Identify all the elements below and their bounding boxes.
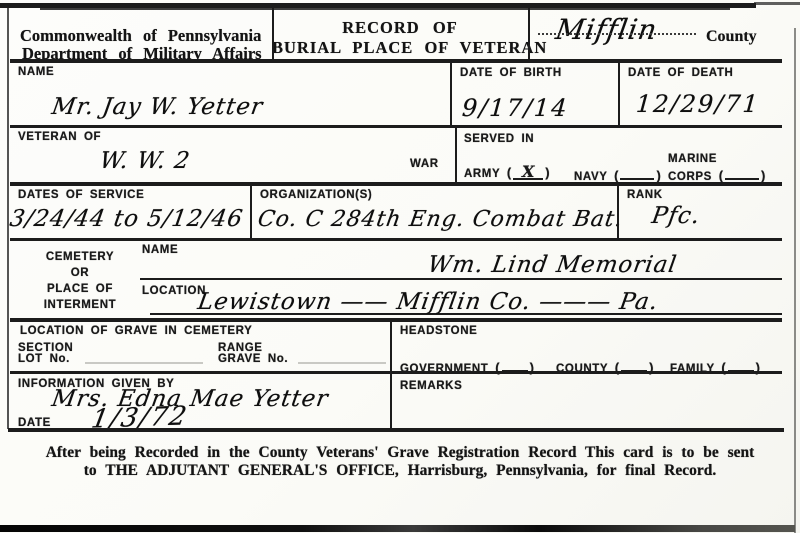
marine-checkbox: CORPS () (668, 165, 765, 183)
org-rank-divider (617, 182, 619, 240)
cemetery-label: CEMETERY OR PLACE OF INTERMENT (25, 249, 135, 313)
cemetery-name-value: Wm. Lind Memorial (426, 252, 679, 278)
dates-of-service-label: DATES OF SERVICE (18, 189, 144, 201)
scan-edge-top-2 (40, 7, 730, 10)
form-title-line2: BURIAL PLACE OF VETERAN (272, 38, 528, 58)
card-left-border (7, 5, 9, 429)
information-given-by-value: Mrs. Edna Mae Yetter (50, 386, 331, 412)
burial-record-card: Commonwealth of Pennsylvania Department … (0, 0, 800, 533)
scan-edge-bottom (0, 525, 795, 532)
footer-instruction-line2: to THE ADJUTANT GENERAL'S OFFICE, Harris… (0, 462, 800, 480)
paren-open: ( (614, 168, 618, 183)
row-line-2 (10, 125, 782, 128)
county-label: County (706, 28, 757, 46)
dob-dod-divider (618, 59, 620, 127)
header-divider-2 (528, 7, 530, 60)
war-label: WAR (410, 158, 439, 170)
marine-check-gap (725, 165, 759, 180)
date-of-death-label: DATE OF DEATH (628, 67, 733, 79)
paren-close: ) (761, 168, 765, 183)
marine-label-line1: MARINE (668, 153, 717, 165)
footer-instruction-line1: After being Recorded in the County Veter… (0, 444, 800, 462)
rank-value: Pfc. (650, 203, 702, 229)
row-line-4 (10, 238, 782, 241)
cemetery-label-line3: PLACE OF (25, 281, 135, 297)
name-value: Mr. Jay W. Yetter (50, 94, 265, 120)
cemetery-location-label: LOCATION (142, 285, 206, 297)
agency-name-line1: Commonwealth of Pennsylvania (20, 26, 261, 46)
headstone-label: HEADSTONE (400, 325, 477, 337)
remarks-label: REMARKS (400, 380, 462, 392)
army-label: ARMY (464, 168, 500, 180)
army-check-mark: X (522, 162, 534, 181)
lot-no-line (85, 362, 203, 364)
county-check-gap (621, 357, 647, 372)
rank-label: RANK (627, 189, 663, 201)
organizations-label: ORGANIZATION(S) (260, 189, 372, 201)
date-of-birth-label: DATE OF BIRTH (460, 67, 562, 79)
row-line-1 (10, 59, 782, 63)
cemetery-location-value: Lewistown —— Mifflin Co. ——— Pa. (196, 289, 660, 315)
organizations-value: Co. C 284th Eng. Combat Bat. (256, 207, 625, 232)
dates-org-divider (250, 182, 252, 240)
paren-close: ) (545, 165, 549, 180)
veteran-served-divider (455, 125, 457, 183)
veteran-of-label: VETERAN OF (18, 131, 101, 143)
grave-location-label: LOCATION OF GRAVE IN CEMETERY (20, 325, 252, 337)
header-divider-1 (272, 7, 274, 60)
row-line-5 (10, 318, 782, 322)
army-checkbox: ARMY (X) (464, 165, 550, 180)
government-check-gap (502, 357, 528, 372)
scan-edge-top-3 (754, 2, 800, 5)
navy-check-gap (620, 165, 654, 180)
paren-open: ( (719, 168, 723, 183)
cemetery-name-line (140, 278, 782, 280)
army-check-gap: X (513, 165, 543, 180)
date-of-birth-value: 9/17/14 (461, 94, 569, 122)
county-dotted-line (538, 33, 696, 35)
card-bottom-border (8, 428, 784, 432)
cemetery-name-label: NAME (142, 244, 178, 256)
cemetery-label-line1: CEMETERY (25, 249, 135, 265)
row-line-6 (10, 371, 782, 374)
dates-of-service-value: 3/24/44 to 5/12/46 (8, 206, 245, 232)
grave-headstone-divider (390, 318, 392, 430)
name-dob-divider (450, 59, 452, 127)
served-in-label: SERVED IN (464, 133, 534, 145)
cemetery-label-line2: OR (25, 265, 135, 281)
form-title-line1: RECORD OF (272, 18, 528, 38)
grave-no-line (298, 362, 386, 364)
lot-no-label: LOT No. (18, 353, 70, 365)
county-value: Mifflin (553, 13, 660, 46)
row-line-3 (10, 182, 782, 186)
paren-close: ) (656, 168, 660, 183)
date-of-death-value: 12/29/71 (635, 90, 761, 118)
navy-checkbox: NAVY () (574, 165, 661, 183)
paren-open: ( (507, 165, 511, 180)
family-check-gap (728, 357, 754, 372)
name-label: NAME (18, 66, 54, 78)
grave-no-label: GRAVE No. (218, 353, 288, 365)
cemetery-label-line4: INTERMENT (25, 297, 135, 313)
veteran-of-value: W. W. 2 (98, 148, 192, 174)
